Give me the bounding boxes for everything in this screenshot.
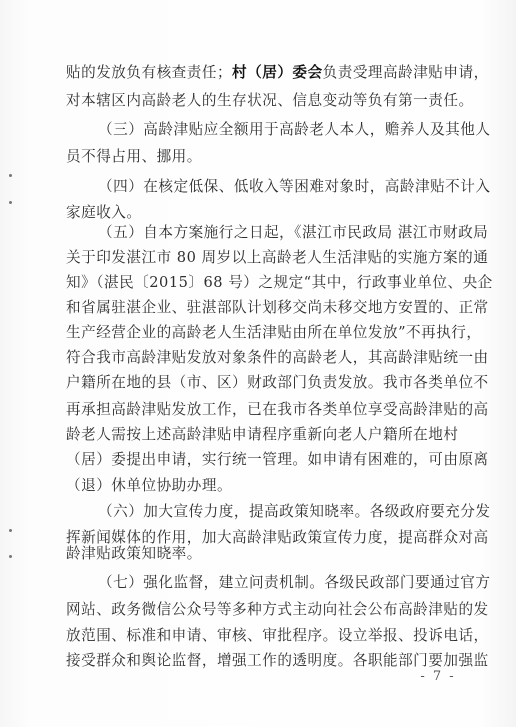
binding-mark [9, 174, 12, 177]
body-line: 符合我市高龄津贴发放对象条件的高龄老人，其高龄津贴统一由 [66, 349, 458, 367]
body-line: 龄津贴政策知晓率。 [66, 545, 458, 563]
body-line: 再承担高龄津贴发放工作，已在我市各类单位享受高龄津贴的高 [66, 401, 458, 419]
paragraph-start-6: （六）加大宣传力度，提高政策知晓率。各级政府要充分发 [98, 503, 458, 521]
page-number: - 7 - [418, 669, 458, 684]
binding-mark [9, 555, 12, 558]
body-line: 家庭收入。 [66, 204, 458, 222]
body-line: 接受群众和舆论监督，增强工作的透明度。各职能部门要加强监 [66, 652, 458, 670]
body-line: （退）休单位协助办理。 [66, 477, 458, 495]
paragraph-start-3: （三）高龄津贴应全额用于高龄老人本人，赡养人及其他人 [98, 121, 458, 139]
paragraph-start-5: （五）自本方案施行之日起，《湛江市民政局 湛江市财政局 [98, 224, 458, 242]
text-segment: 贴的发放负有核查责任； [66, 64, 232, 81]
body-line: （居）委提出申请，实行统一管理。如申请有困难的，可由原离 [66, 451, 458, 469]
document-page: 贴的发放负有核查责任；村（居）委会负责受理高龄津贴申请， 对本辖区内高龄老人的生… [0, 0, 516, 727]
paragraph-start-7: （七）强化监督，建立问责机制。各级民政部门要通过官方 [98, 574, 458, 592]
body-line: 生产经营企业的高龄老人生活津贴由所在单位发放”不再执行， [66, 324, 458, 342]
body-line: 对本辖区内高龄老人的生存状况、信息变动等负有第一责任。 [66, 92, 458, 110]
bold-term: 村（居）委会 [232, 64, 323, 81]
body-line: 关于印发湛江市 80 周岁以上高龄老人生活津贴的实施方案的通 [66, 249, 458, 267]
body-line: 知》（湛民〔2015〕68 号）之规定“其中，行政事业单位、央企 [66, 274, 458, 292]
body-line: 贴的发放负有核查责任；村（居）委会负责受理高龄津贴申请， [66, 64, 458, 82]
paragraph-start-4: （四）在核定低保、低收入等困难对象时，高龄津贴不计入 [98, 178, 458, 196]
body-line: 和省属驻湛企业、驻湛部队计划移交尚未移交地方安置的、正常 [66, 299, 458, 317]
body-line: 户籍所在地的县（市、区）财政部门负责发放。我市各类单位不 [66, 374, 458, 392]
text-segment: 负责受理高龄津贴申请， [323, 64, 489, 81]
body-line: 员不得占用、挪用。 [66, 148, 458, 166]
body-line: 网站、政务微信公众号等多种方式主动向社会公布高龄津贴的发 [66, 601, 458, 619]
body-line: 龄老人需按上述高龄津贴申请程序重新向老人户籍所在地村 [66, 426, 458, 444]
binding-mark [9, 529, 12, 532]
binding-mark [9, 201, 12, 204]
body-line: 放范围、标准和申请、审核、审批程序。设立举报、投诉电话， [66, 627, 458, 645]
